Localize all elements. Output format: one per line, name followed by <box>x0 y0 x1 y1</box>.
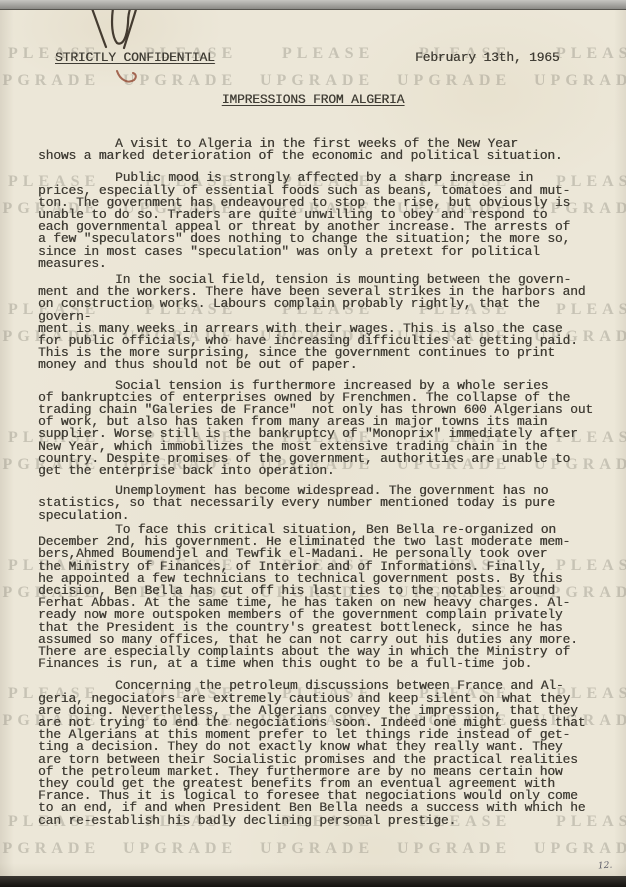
document-body: A visit to Algeria in the first weeks of… <box>38 138 600 827</box>
paragraph: Social tension is furthermore increased … <box>38 380 600 478</box>
paragraph: Concerning the petroleum discussions bet… <box>38 680 600 826</box>
document-date: February 13th, 1965 <box>415 52 559 64</box>
scanned-document: PLEASEPLEASEPLEASEPLEASEPLEASEUPGRADEUPG… <box>0 0 626 887</box>
document-content: STRICTLY CONFIDENTIAL February 13th, 196… <box>0 9 626 877</box>
document-header: STRICTLY CONFIDENTIAL February 13th, 196… <box>0 52 626 66</box>
paragraph: In the social field, tension is mounting… <box>38 274 600 372</box>
document-title: IMPRESSIONS FROM ALGERIA <box>0 94 626 106</box>
paragraph: Public mood is strongly affected by a sh… <box>38 172 600 270</box>
document-page: PLEASEPLEASEPLEASEPLEASEPLEASEUPGRADEUPG… <box>0 9 626 877</box>
paragraph: Unemployment has become widespread. The … <box>38 485 600 522</box>
scan-edge-top <box>0 0 626 10</box>
scan-edge-bottom <box>0 876 626 887</box>
handwritten-page-number: 12. <box>597 861 612 872</box>
paragraph: A visit to Algeria in the first weeks of… <box>38 138 600 162</box>
classification-stamp: STRICTLY CONFIDENTIAL <box>55 52 215 64</box>
paragraph: To face this critical situation, Ben Bel… <box>38 524 600 670</box>
